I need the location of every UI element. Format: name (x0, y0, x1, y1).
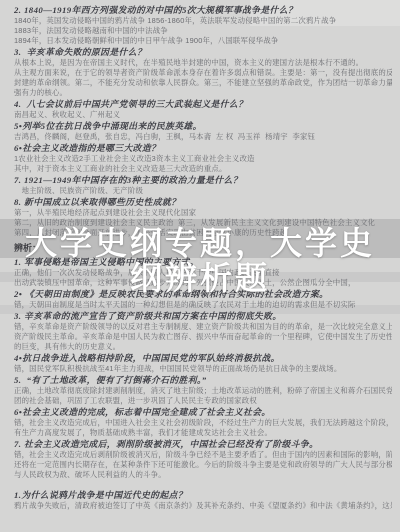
document-text: 2. 1840—1919年西方列强发动的对中国的5次大规模军事战争是什么？184… (0, 0, 400, 532)
question-line: 3. 辛亥革命失败的原因是什么？ (14, 47, 392, 58)
question-line: 1. 军事侵略是帝国主义侵略中国的主要方式。 (14, 257, 392, 268)
question-line: 5•列举5位在抗日战争中涌现出来的民族英雄。 (14, 121, 392, 132)
answer-line: 的巨变，具有伟大的历史意义。 (14, 342, 392, 352)
answer-line: 第四，从封闭落后到全面开放进步，人民生活实现由贫困到总体小康的历史性跨越 (14, 228, 392, 238)
answer-line: 其中，对于资本主义工商业的社会主义改造是三大改造的重点。 (14, 164, 392, 174)
answer-line: 正确，土地改革彻底废除封建剥削制度，消灭了地主阶级；土地改革运动的胜利，粉碎了帝… (14, 386, 392, 396)
answer-line: 1农业社会主义改造2手工业社会主义改造3资本主义工商业社会主义改造 (14, 154, 392, 164)
answer-line: 正确，他们一次次发动侵略战争，屠杀中国人民，武装干涉中国内政，甚至直接 (14, 268, 392, 278)
answer-line: 封建的革命纲领。第二，不能充分发动和依靠人民群众。第三，不能建立坚强的革命政党，… (14, 78, 392, 88)
line-spacer (14, 480, 392, 489)
question-line: 7. 1921—1949年中国存在的3种主要的政治力量是什么？ (14, 175, 392, 186)
question-line: 8. 新中国成立以来取得哪些历史性成就？ (14, 197, 392, 208)
answer-line: 错，国民党军队积极抗战至41年主力迎战，中国国民党领导的正面战场仍是抗日战争的主… (14, 364, 392, 374)
scanned-document-page: 2. 1840—1919年西方列强发动的对中国的5次大规模军事战争是什么？184… (0, 0, 400, 532)
answer-line: 与人民政权为敌、破坏人民利益的人的斗争。 (14, 470, 392, 480)
answer-line: 1883年，法国发动侵略越南和中国的中法战争 (14, 26, 392, 36)
question-line: 6•社会主义改造指的是哪三大改造？ (14, 143, 392, 154)
answer-line: 错，社会主义改造完成后，中国进入社会主义社会初级阶段，不经过生产力的巨大发展，我… (14, 418, 392, 428)
answer-line: 从根本上说，是因为在帝国主义时代，在半殖民地半封建的中国，资本主义的建国方法是根… (14, 58, 392, 68)
question-line: 6•社会主义改造的完成，标志着中国完全建成了社会主义社会。 (14, 407, 392, 418)
answer-line: 错，天朝田亩制度是当时太平天国的一种幻想但是的确反映了农民对于土地的迫切的需求但… (14, 300, 392, 310)
answer-line: 鸦片战争失败后，清政府被迫签订了中英《南京条约》及其补充条约、中美《望厦条约》和… (14, 501, 392, 511)
answer-line: 错，辛亥革命是资产阶级领导的以反对君主专制制度、建立资产阶级共和国为目的的革命，… (14, 322, 392, 332)
question-line: 4. 八七会议前后中国共产党领导的三大武装起义是什么？ (14, 99, 392, 110)
answer-line: 吉鸿昌，佟麟阁，赵登禹，张自忠，冯白驹，王枫，马本斋 左 权 冯玉祥 杨靖宇 李… (14, 132, 392, 142)
answer-line: 资产阶级民主革命。辛亥革命是中国人民为救亡图存、振兴中华而奋起革命的一个里程碑，… (14, 332, 392, 342)
question-line: 5. “有了土地改革，便有了打倒蒋介石的胜利。” (14, 375, 392, 386)
answer-line: 还将在一定范围内长期存在，在某种条件下还可能激化。今后的阶级斗争主要是党和政府领… (14, 460, 392, 470)
answer-line: 错，社会主义改造完成后剥削阶级被消灭后，阶级斗争已经不是主要矛盾了。但由于国内的… (14, 450, 392, 460)
answer-line: 有生产力高度发展了，物质基础成熟丰富，我们才能建成发达社会主义社会。 (14, 428, 392, 438)
question-line: 2. 1840—1919年西方列强发动的对中国的5次大规模军事战争是什么？ (14, 5, 392, 16)
answer-line: 出动武装镇压中国革命，这种军事侵略是逐步升级的，列强侵占中国大片领土，公然企图瓜… (14, 278, 392, 288)
answer-line: 从主观方面来说，在于它的领导者资产阶级革命派本身存在着许多弱点和错误。主要是：第… (14, 68, 392, 78)
question-line: 1.为什么说鸦片战争是中国近代史的起点？ (14, 490, 392, 501)
answer-line: 强有力的核心。 (14, 88, 392, 98)
question-line: 3. 辛亥革命的流产宣告了资产阶级共和国方案在中国的彻底失败。 (14, 311, 392, 322)
answer-line: 第二，从旧的政治制度到建设社会主义民主政治 第三，从发展新民主主义文化到建设中国… (14, 218, 392, 228)
question-line: 4•抗日战争进入战略相持阶段，中国国民党的军队始终消极抗战。 (14, 353, 392, 364)
answer-line: 南昌起义、秋收起义、广州起义 (14, 110, 392, 120)
section-heading: 辨析： (14, 243, 392, 254)
answer-line: 第一，从半殖民地经济起点到建设社会主义现代化国家 (14, 208, 392, 218)
answer-line: 团的社会基础，巩固了工农联盟，进一步巩固了人民民主专政的国家政权 (14, 396, 392, 406)
answer-line: 1894年，日本发动侵略朝鲜和中国的中日甲午战争 1900年，八国联军侵华战争 (14, 36, 392, 46)
answer-line: 地主阶级、民族资产阶级、无产阶级 (14, 186, 392, 196)
question-line: 2• 《天朝田亩制度》是反映农民要求的革命纲领和符合实际的社会改造方案。 (14, 289, 392, 300)
question-line: 7. 社会主义改造完成后，剥削阶级被消灭，中国社会已经没有了阶级斗争。 (14, 439, 392, 450)
answer-line: 1840年，英国发动侵略中国的鸦片战争 1856-1860年，英法联军发动侵略中… (14, 16, 392, 26)
